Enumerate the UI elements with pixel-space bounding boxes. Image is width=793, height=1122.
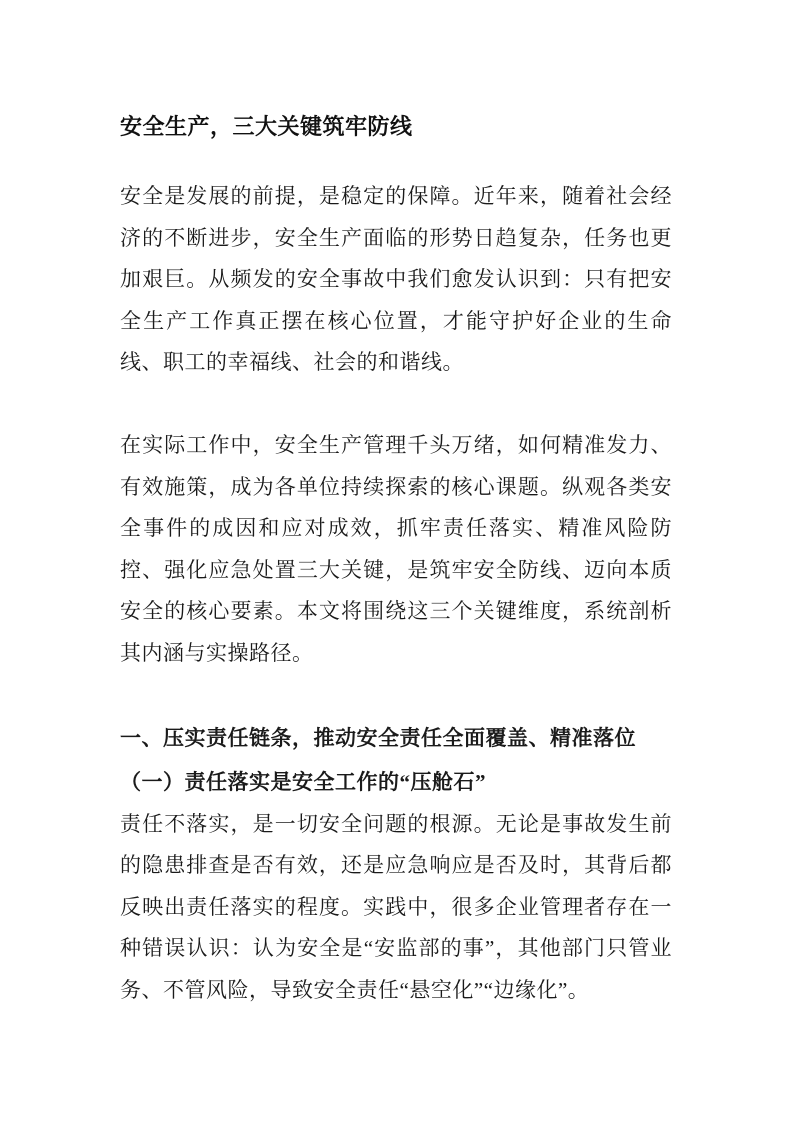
intro-paragraph-2: 在实际工作中，安全生产管理千头万绪，如何精准发力、有效施策，成为各单位持续探索的… [120, 425, 672, 674]
intro-paragraph-1: 安全是发展的前提，是稳定的保障。近年来，随着社会经济的不断进步，安全生产面临的形… [120, 176, 672, 384]
section-one-body-paragraph: 责任不落实，是一切安全问题的根源。无论是事故发生前的隐患排查是否有效，还是应急响… [120, 804, 672, 1012]
document-title: 安全生产，三大关键筑牢防线 [120, 112, 672, 142]
section-one-subheading: （一）责任落实是安全工作的“压舱石” [120, 760, 672, 804]
section-one-heading: 一、压实责任链条，推动安全责任全面覆盖、精准落位 [120, 716, 672, 760]
document-page: 安全生产，三大关键筑牢防线 安全是发展的前提，是稳定的保障。近年来，随着社会经济… [0, 0, 793, 1122]
